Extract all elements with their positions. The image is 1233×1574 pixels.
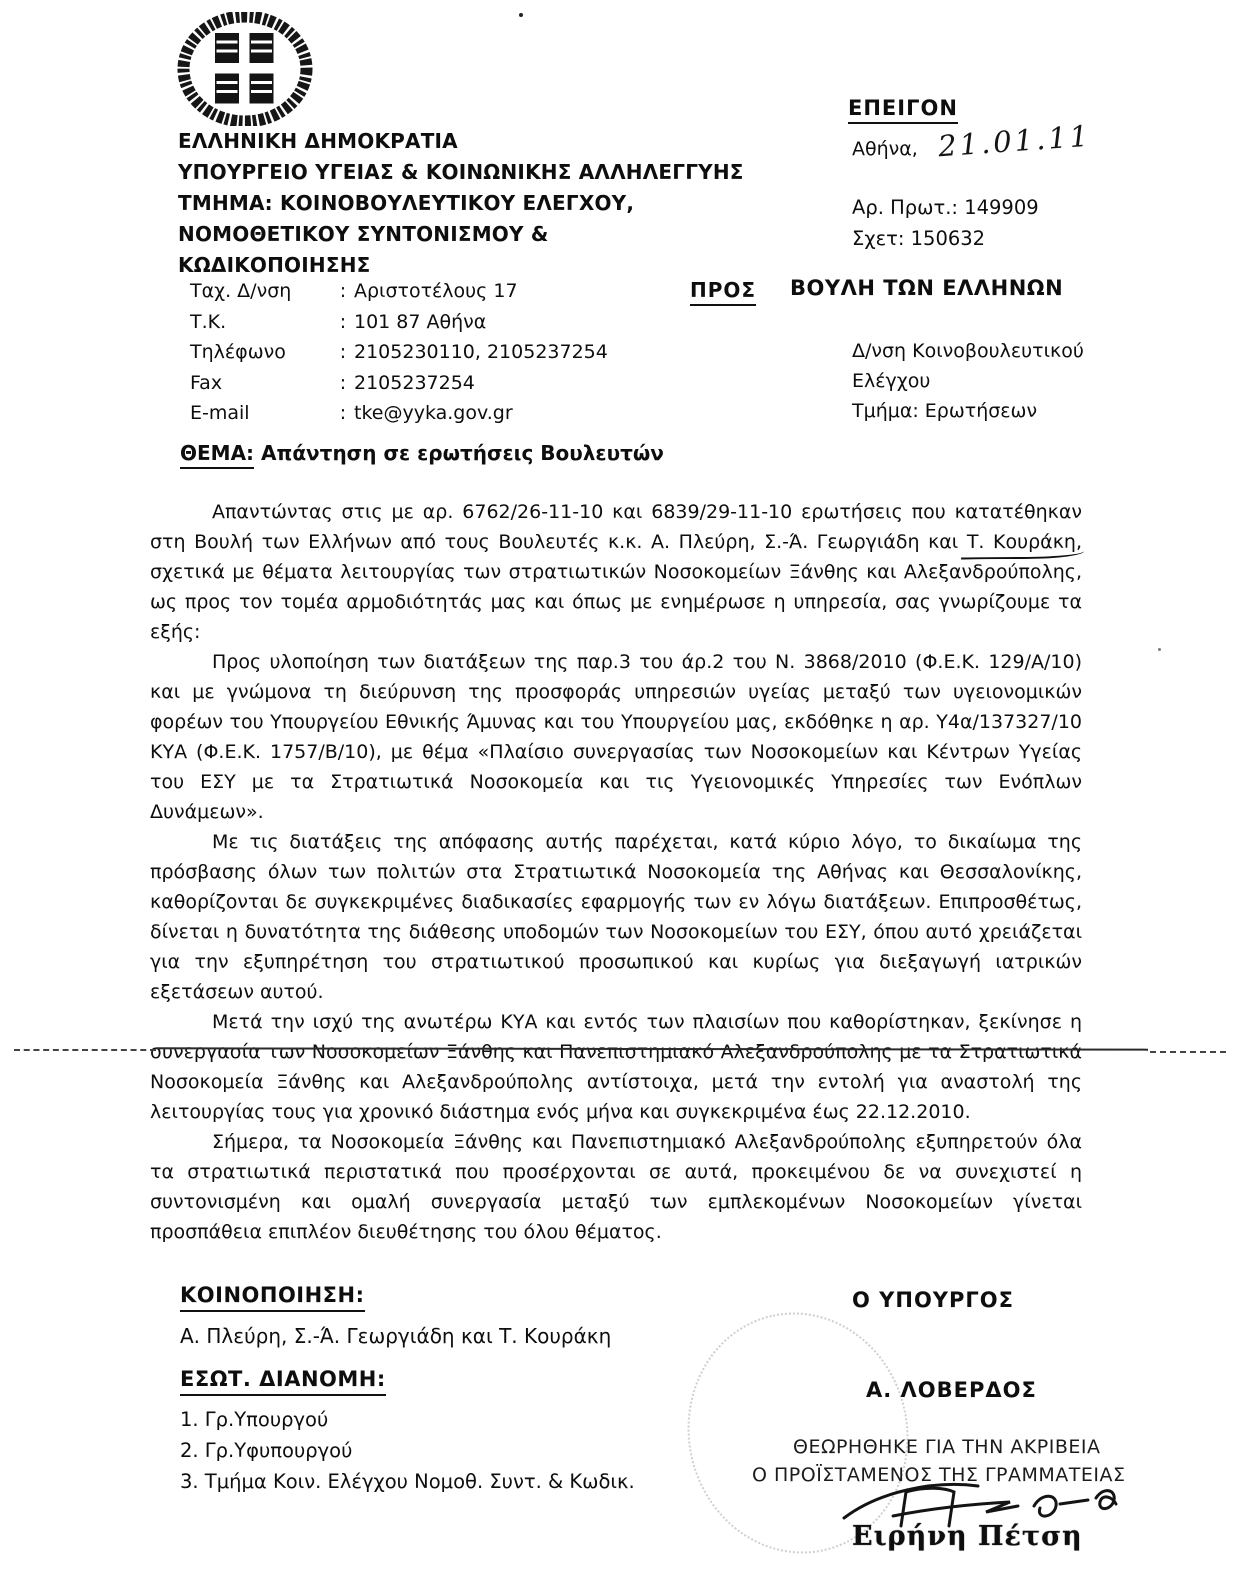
- minister-title: Ο ΥΠΟΥΡΓΟΣ: [852, 1288, 1014, 1312]
- certification-line: ΘΕΩΡΗΘΗΚΕ ΓΙΑ ΤΗΝ ΑΚΡΙΒΕΙΑ: [793, 1436, 1101, 1458]
- contact-label: Τηλέφωνο: [190, 337, 332, 368]
- contact-value: 2105237254: [354, 368, 750, 399]
- underlined-name: Τ. Κουράκη: [967, 531, 1076, 553]
- contact-label: Τ.Κ.: [190, 307, 332, 338]
- subject-line: ΘΕΜΑ: Απάντηση σε ερωτήσεις Βουλευτών: [180, 441, 664, 465]
- subject-text: Απάντηση σε ερωτήσεις Βουλευτών: [261, 441, 664, 465]
- scan-speck: [519, 13, 523, 17]
- contact-label: Fax: [190, 368, 332, 399]
- contact-label: Ταχ. Δ/νση: [190, 276, 332, 307]
- paragraph-text: Απαντώντας στις με αρ. 6762/26-11-10 και…: [150, 501, 1082, 553]
- cc-names: Α. Πλεύρη, Σ.-Ά. Γεωργιάδη και Τ. Κουράκ…: [180, 1324, 611, 1348]
- protocol-line: Αρ. Πρωτ.: 149909: [852, 196, 1039, 219]
- recipient-dept-line: Δ/νση Κοινοβουλευτικού: [852, 336, 1084, 366]
- cc-heading: ΚΟΙΝΟΠΟΙΗΣΗ:: [180, 1283, 365, 1312]
- fold-line-artifact: [14, 1049, 156, 1051]
- contact-block: Ταχ. Δ/νση : Αριστοτέλους 17 Τ.Κ. : 101 …: [190, 276, 750, 429]
- fold-line-artifact: [1150, 1051, 1226, 1053]
- org-line: ΤΜΗΜΑ: ΚΟΙΝΟΒΟΥΛΕΥΤΙΚΟΥ ΕΛΕΓΧΟΥ,: [178, 188, 778, 219]
- reference-label: Σχετ:: [852, 227, 904, 250]
- handwritten-date: 21.01.11: [937, 119, 1092, 164]
- recipient-department: Δ/νση Κοινοβουλευτικού Ελέγχου Τμήμα: Ερ…: [852, 336, 1084, 426]
- recipient-dept-line: Ελέγχου: [852, 366, 1084, 396]
- contact-row: Ταχ. Δ/νση : Αριστοτέλους 17: [190, 276, 750, 307]
- internal-distribution-item: 2. Γρ.Υφυπουργού: [180, 1435, 635, 1466]
- to-label: ΠΡΟΣ: [690, 278, 756, 306]
- scan-speck: [1158, 648, 1161, 651]
- minister-name: Α. ΛΟΒΕΡΔΟΣ: [866, 1378, 1037, 1402]
- org-line: ΥΠΟΥΡΓΕΙΟ ΥΓΕΙΑΣ & ΚΟΙΝΩΝΙΚΗΣ ΑΛΛΗΛΕΓΓΥΗ…: [178, 157, 778, 188]
- document-page: ΕΛΛΗΝΙΚΗ ΔΗΜΟΚΡΑΤΙΑ ΥΠΟΥΡΓΕΙΟ ΥΓΕΙΑΣ & Κ…: [0, 0, 1233, 1574]
- org-line: ΝΟΜΟΘΕΤΙΚΟΥ ΣΥΝΤΟΝΙΣΜΟΥ &: [178, 219, 778, 250]
- contact-separator: :: [332, 398, 354, 429]
- body-paragraph: Σήμερα, τα Νοσοκομεία Ξάνθης και Πανεπισ…: [150, 1127, 1082, 1247]
- body-paragraph: Μετά την ισχύ της ανωτέρω ΚΥΑ και εντός …: [150, 1007, 1082, 1127]
- contact-row: Τ.Κ. : 101 87 Αθήνα: [190, 307, 750, 338]
- contact-value: 101 87 Αθήνα: [354, 307, 750, 338]
- letter-body: Απαντώντας στις με αρ. 6762/26-11-10 και…: [150, 497, 1082, 1247]
- internal-distribution-item: 1. Γρ.Υπουργού: [180, 1404, 635, 1435]
- internal-distribution-heading: ΕΣΩΤ. ΔΙΑΝΟΜΗ:: [180, 1367, 386, 1396]
- body-paragraph: Προς υλοποίηση των διατάξεων της παρ.3 τ…: [150, 647, 1082, 827]
- secretary-name: Ειρήνη Πέτση: [852, 1521, 1083, 1552]
- org-line: ΕΛΛΗΝΙΚΗ ΔΗΜΟΚΡΑΤΙΑ: [178, 126, 778, 157]
- contact-separator: :: [332, 276, 354, 307]
- contact-label: E-mail: [190, 398, 332, 429]
- ministry-header: ΕΛΛΗΝΙΚΗ ΔΗΜΟΚΡΑΤΙΑ ΥΠΟΥΡΓΕΙΟ ΥΓΕΙΑΣ & Κ…: [178, 126, 778, 281]
- contact-value: tke@yyka.gov.gr: [354, 398, 750, 429]
- protocol-number: 149909: [964, 196, 1038, 219]
- contact-row: E-mail : tke@yyka.gov.gr: [190, 398, 750, 429]
- urgency-label: ΕΠΕΙΓΟΝ: [848, 96, 958, 124]
- internal-distribution-list: 1. Γρ.Υπουργού 2. Γρ.Υφυπουργού 3. Τμήμα…: [180, 1404, 635, 1497]
- contact-separator: :: [332, 337, 354, 368]
- body-paragraph: Με τις διατάξεις της απόφασης αυτής παρέ…: [150, 827, 1082, 1007]
- recipient-dept-line: Τμήμα: Ερωτήσεων: [852, 396, 1084, 426]
- contact-separator: :: [332, 368, 354, 399]
- city-label: Αθήνα,: [852, 138, 918, 160]
- recipient-name: ΒΟΥΛΗ ΤΩΝ ΕΛΛΗΝΩΝ: [790, 276, 1063, 300]
- subject-label: ΘΕΜΑ:: [180, 441, 254, 469]
- reference-line: Σχετ: 150632: [852, 227, 985, 250]
- reference-number: 150632: [911, 227, 985, 250]
- body-paragraph: Απαντώντας στις με αρ. 6762/26-11-10 και…: [150, 497, 1082, 647]
- internal-distribution-item: 3. Τμήμα Κοιν. Ελέγχου Νομοθ. Συντ. & Κω…: [180, 1466, 635, 1497]
- contact-separator: :: [332, 307, 354, 338]
- protocol-label: Αρ. Πρωτ.:: [852, 196, 958, 219]
- greek-emblem-icon: [170, 12, 320, 126]
- contact-row: Τηλέφωνο : 2105230110, 2105237254: [190, 337, 750, 368]
- contact-value: 2105230110, 2105237254: [354, 337, 750, 368]
- contact-row: Fax : 2105237254: [190, 368, 750, 399]
